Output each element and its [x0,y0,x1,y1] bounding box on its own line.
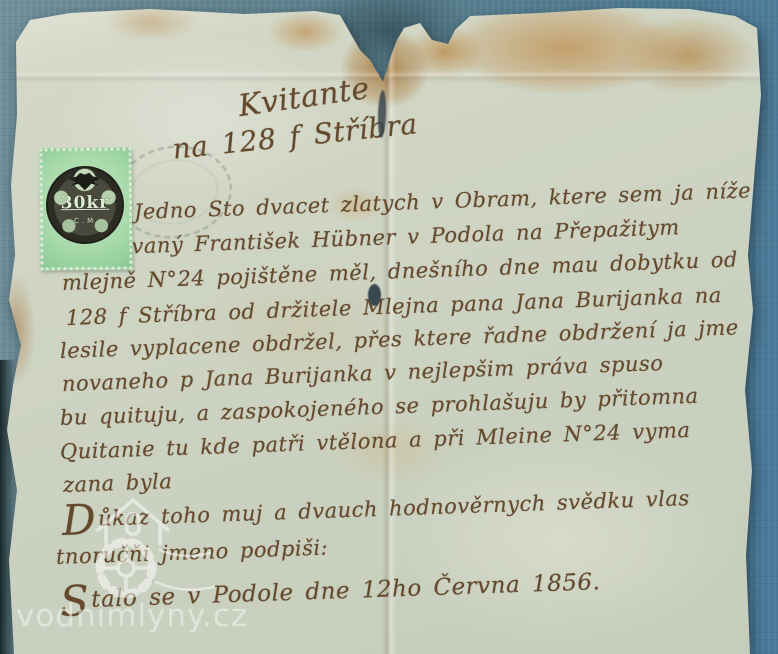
stamp-inscription: C.M [48,217,122,226]
stamp-denomination: 30kr [48,193,122,214]
faded-postmark-inner-ring [126,154,222,230]
photo-of-document: Kvitante na 128 f Stříbra Jedno Sto dvac… [0,0,778,654]
stamp-medallion: 30kr C.M [46,166,125,245]
watermark-text: vodnimlyny.cz [16,598,248,634]
double-eagle-icon [65,171,105,193]
watermill-logo-icon [48,492,218,602]
paper-hole [368,284,381,306]
revenue-stamp: 30kr C.M [39,148,132,271]
